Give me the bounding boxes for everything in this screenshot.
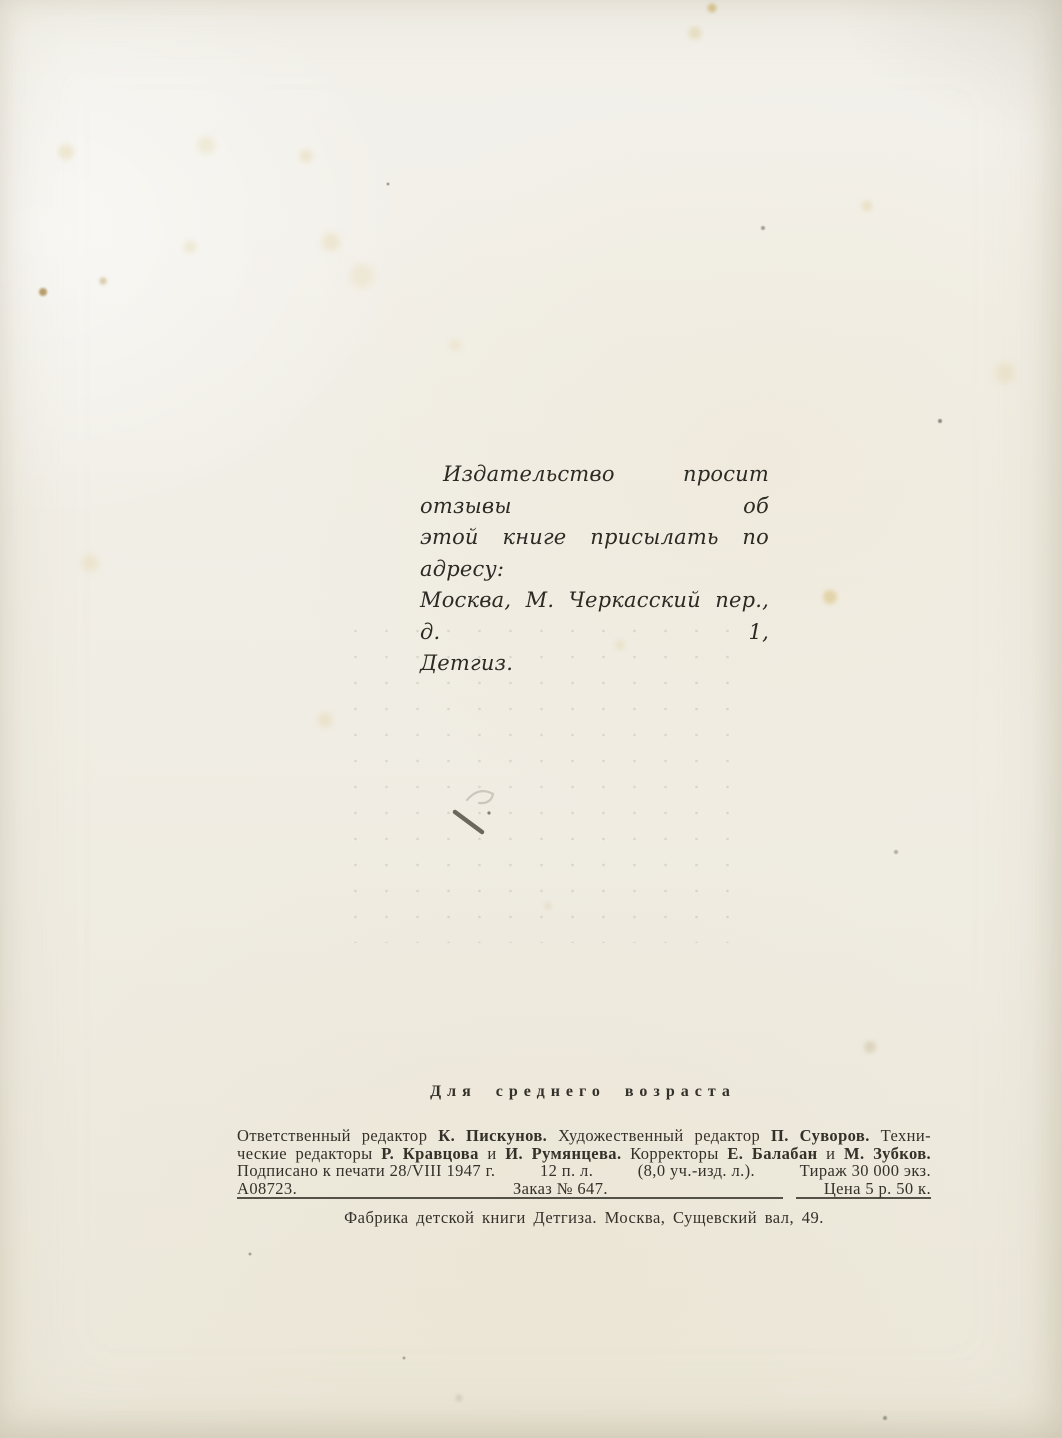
publisher-note-line-1: Издательство просит отзывы об (420, 459, 769, 522)
imprint-line: Фабрика детской книги Детгиза. Москва, С… (237, 1209, 931, 1227)
colophon-text: ческие редакторы (237, 1144, 381, 1163)
stain-spot (456, 1395, 463, 1402)
stain-spot (823, 590, 837, 604)
stain-spot (82, 555, 99, 572)
stain-spot (184, 241, 197, 254)
editor-name: П. Суворов. (771, 1126, 870, 1145)
colophon-text: и (479, 1144, 505, 1163)
divider-rule-left (237, 1197, 783, 1199)
age-note: Для среднего возраста (237, 1082, 929, 1102)
colophon-block: Ответственный редактор К. Пискунов. Худо… (237, 1127, 931, 1197)
editor-name: К. Пискунов. (438, 1126, 547, 1145)
stain-spot (350, 264, 374, 288)
catalog-code: А08723. (237, 1180, 297, 1198)
stain-spot (883, 1416, 887, 1420)
colophon-line-4: А08723. Заказ № 647. Цена 5 р. 50 к. (237, 1180, 931, 1198)
stain-spot (197, 136, 215, 154)
colophon-text: Художественный редактор (547, 1126, 771, 1145)
editor-name: И. Румянцева. (505, 1144, 621, 1163)
editor-name: М. Зубков. (844, 1144, 931, 1163)
colophon-line-3: Подписано к печати 28/VIII 1947 г. 12 п.… (237, 1162, 931, 1180)
colophon-text: и (818, 1144, 844, 1163)
print-run: Тираж 30 000 экз. (800, 1162, 931, 1180)
stain-spot (322, 233, 340, 251)
price: Цена 5 р. 50 к. (824, 1180, 931, 1198)
stain-spot (761, 226, 765, 230)
stain-spot (58, 144, 74, 160)
stain-spot (387, 183, 390, 186)
editor-name: Е. Балабан (727, 1144, 817, 1163)
print-date: Подписано к печати 28/VIII 1947 г. (237, 1162, 495, 1180)
stain-spot (689, 27, 702, 40)
colophon-text: Техни- (870, 1126, 931, 1145)
pencil-mark (435, 778, 545, 843)
stain-spot (995, 363, 1015, 383)
stain-spot (403, 1357, 406, 1360)
stain-spot (100, 278, 107, 285)
publisher-note-line-2: этой книге присылать по адресу: (420, 522, 769, 585)
colophon-line-2: ческие редакторы Р. Кравцова и И. Румянц… (237, 1145, 931, 1163)
order-number: Заказ № 647. (513, 1180, 608, 1198)
stain-spot (864, 1041, 876, 1053)
stain-spot (249, 1253, 252, 1256)
publisher-note-line-3: Москва, М. Черкасский пер., д. 1, (420, 585, 769, 648)
stain-spot (39, 288, 47, 296)
scanned-page: Издательство просит отзывы об этой книге… (0, 0, 1062, 1438)
editor-name: Р. Кравцова (381, 1144, 479, 1163)
stain-spot (862, 201, 873, 212)
stain-spot (300, 150, 313, 163)
publishing-sheets: (8,0 уч.-изд. л.). (638, 1162, 755, 1180)
publisher-note: Издательство просит отзывы об этой книге… (420, 459, 769, 680)
stain-spot (449, 339, 461, 351)
colophon-text: Корректоры (622, 1144, 728, 1163)
stain-spot (894, 850, 898, 854)
print-sheets: 12 п. л. (540, 1162, 593, 1180)
colophon-line-1: Ответственный редактор К. Пискунов. Худо… (237, 1127, 931, 1145)
stain-spot (708, 4, 717, 13)
stain-spot (938, 419, 942, 423)
colophon-text: Ответственный редактор (237, 1126, 438, 1145)
divider-rule-right (796, 1197, 931, 1199)
divider-rule (237, 1197, 931, 1200)
stain-spot (318, 713, 333, 728)
publisher-note-line-4: Детгиз. (420, 648, 769, 680)
